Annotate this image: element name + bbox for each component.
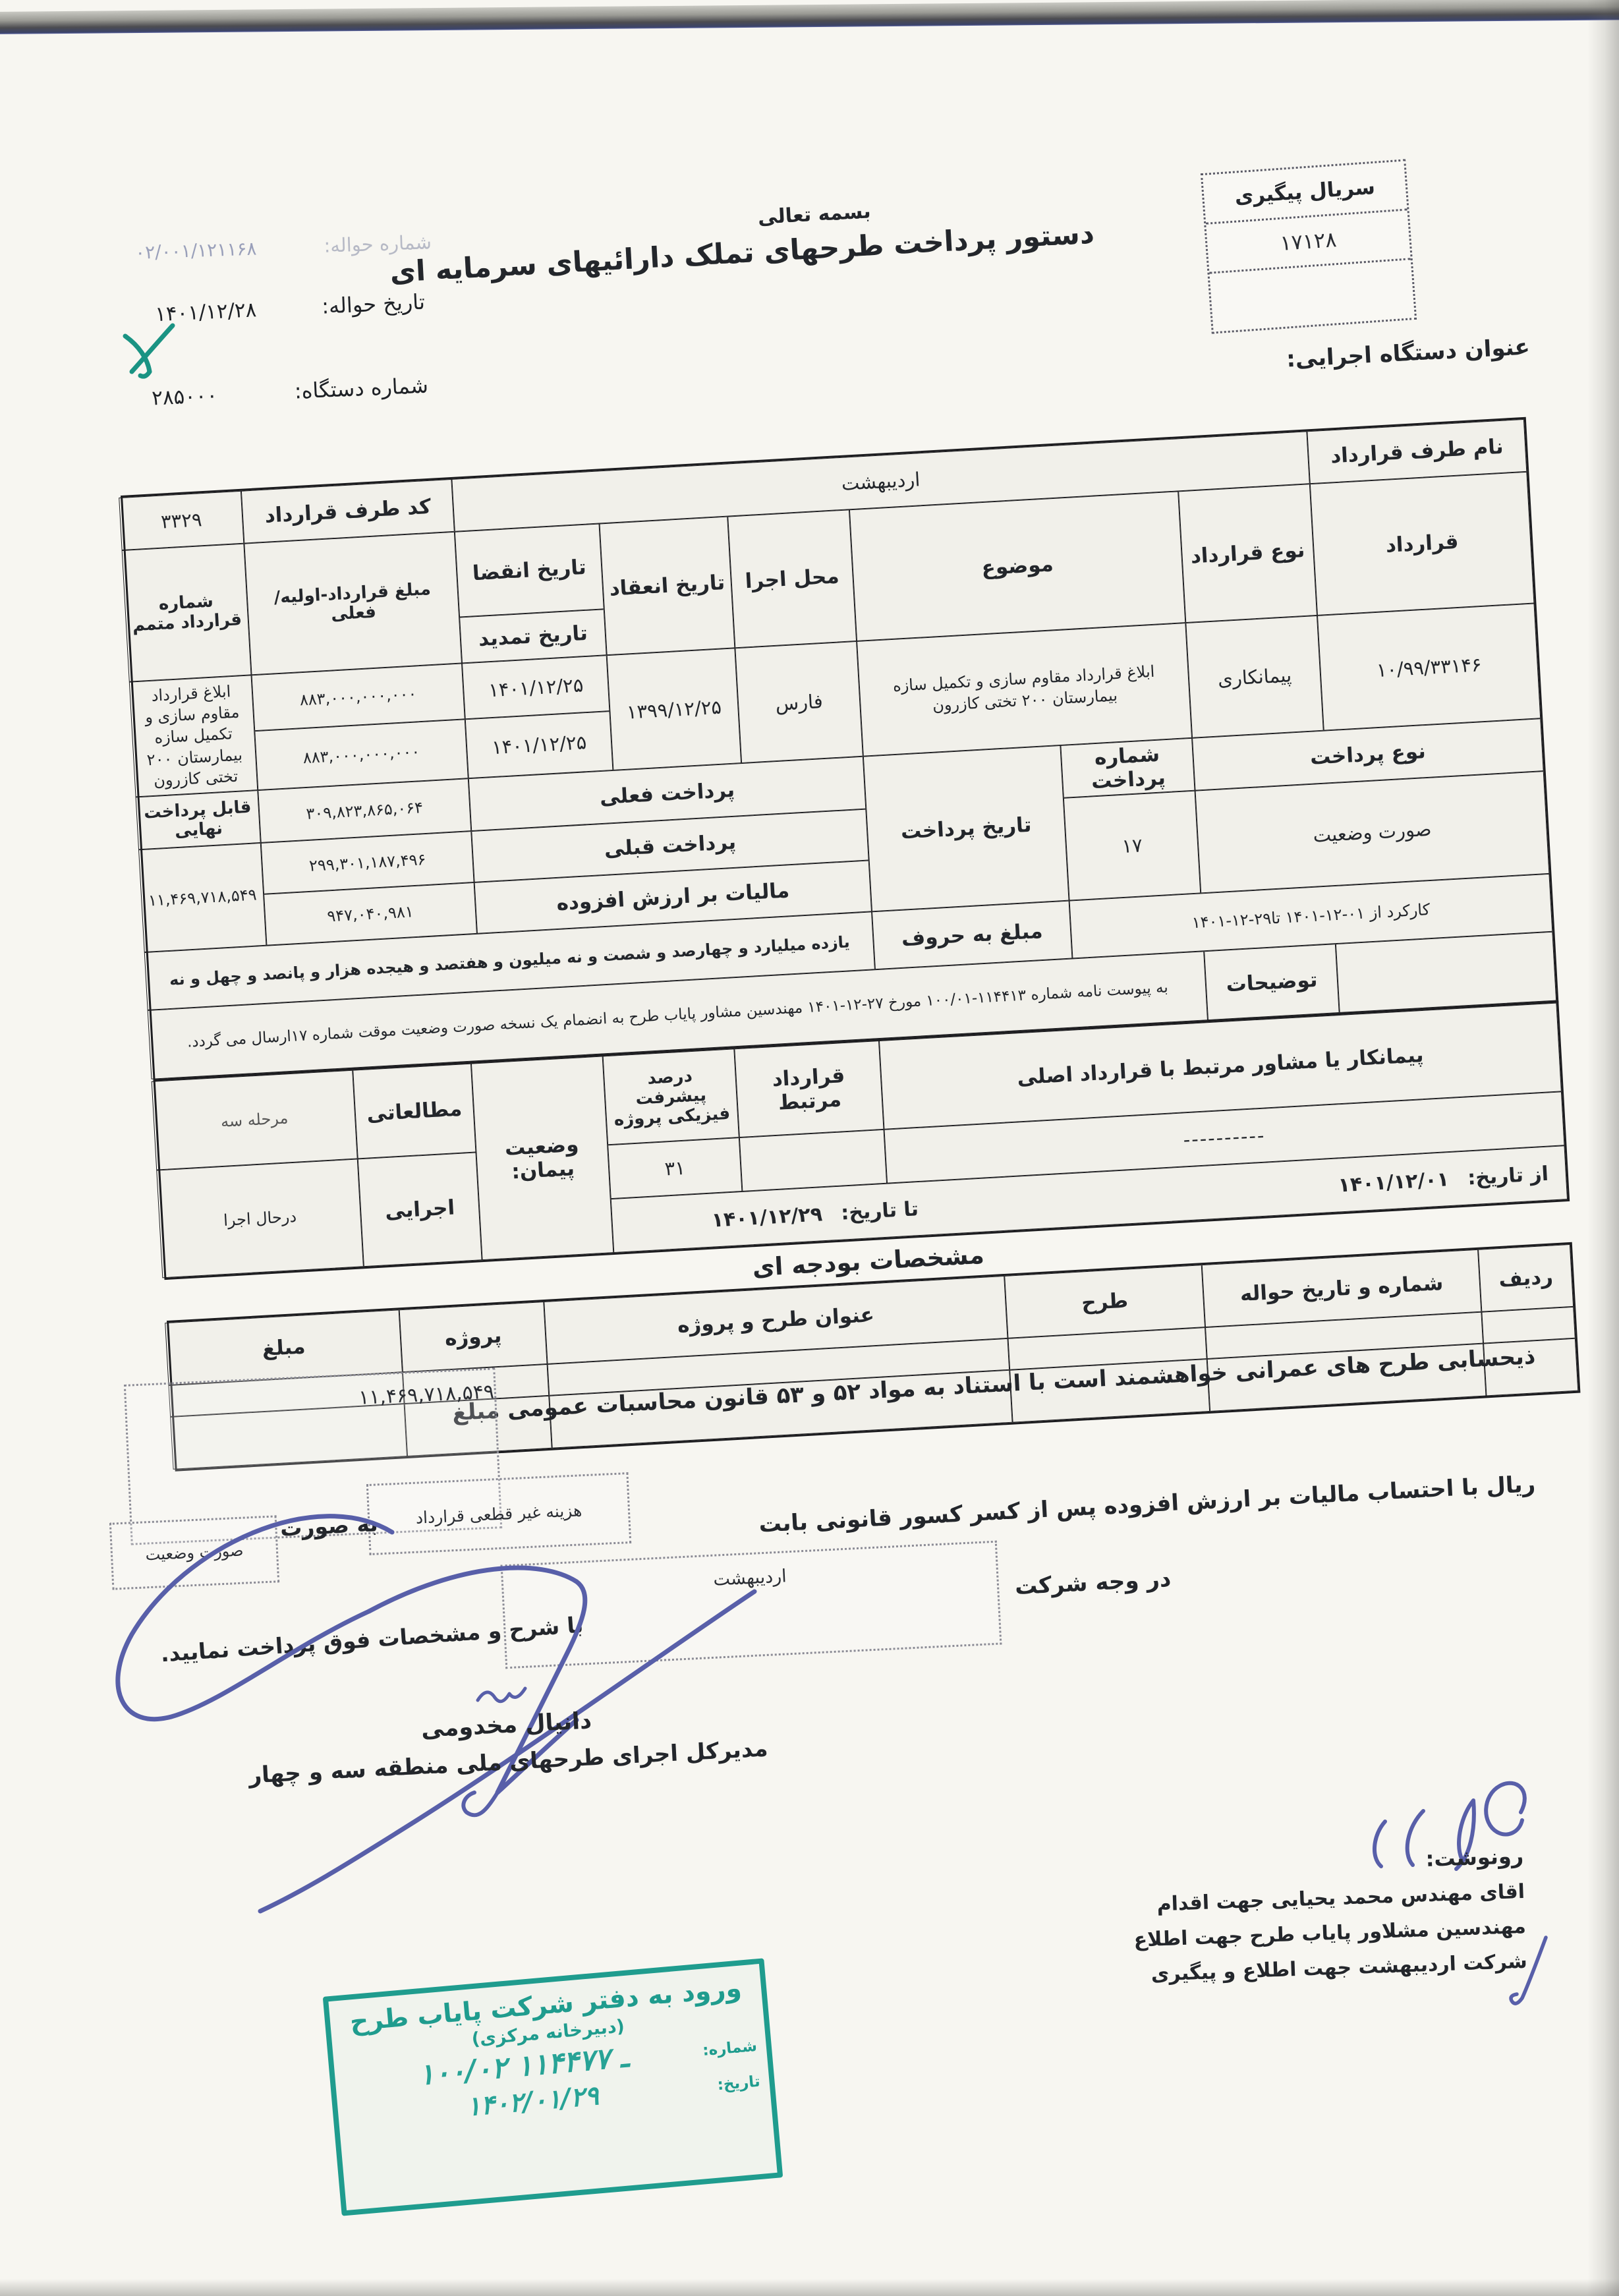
payment-no-value: ۱۷ xyxy=(1064,791,1201,901)
expiry-date-header: تاریخ انقضا xyxy=(455,524,604,617)
contract-no-value: ۱۰/۹۹/۳۳۱۴۶ xyxy=(1317,603,1541,730)
subject-value: ابلاغ قرارداد مقاوم سازی و تکمیل سازه بی… xyxy=(857,623,1192,757)
havaleh-date-line: تاریخ حواله: ۱۴۰۱/۱۲/۲۸ xyxy=(154,289,425,327)
order-payee-label: در وجه شرکت xyxy=(1014,1566,1172,1600)
payment-type-value: صورت وضعیت xyxy=(1195,771,1550,893)
stamp-number-label: شماره: xyxy=(702,2037,758,2059)
amount-header: مبلغ قرارداد-اولیه/فعلی xyxy=(244,532,462,675)
notes-empty-cell xyxy=(1336,932,1556,1013)
sign-date-value: ۱۳۹۹/۱۲/۲۵ xyxy=(607,648,741,770)
device-number-value: ۲۸۵۰۰۰ xyxy=(151,384,217,410)
status-label: وضعیت پیمان: xyxy=(471,1056,613,1260)
progress-header: درصد پیشرفت فیزیکی پروژه xyxy=(603,1048,739,1145)
budget-row-header: ردیف xyxy=(1478,1244,1574,1312)
expiry-date-value: ۱۴۰۱/۱۲/۲۵ xyxy=(462,655,610,719)
contract-table: نام طرف قرارداد اردیبهشت کد طرف قرارداد … xyxy=(121,417,1558,1081)
to-date: تا تاریخ: ۱۴۰۱/۱۲/۲۹ xyxy=(711,1197,919,1232)
to-date-label: تا تاریخ: xyxy=(840,1197,919,1225)
serial-tracking-box: سریال پیگیری ۱۷۱۲۸ xyxy=(1201,159,1417,333)
location-header: محل اجرا xyxy=(727,509,857,648)
scan-edge-top xyxy=(0,0,1619,34)
title-block: بسمه تعالی دستور پرداخت طرحهای تملک دارا… xyxy=(536,187,1095,281)
order-amount-value: ۱۱,۴۶۹,۷۱۸,۵۴۹ xyxy=(358,1380,494,1409)
progress-value: ۳۱ xyxy=(608,1137,742,1199)
entry-stamp: ورود به دفتر شرکت پایاب طرح (دبیرخانه مر… xyxy=(323,1958,783,2216)
contract-type-value: پیمانکاری xyxy=(1185,616,1323,738)
havaleh-number-label: شماره حواله: xyxy=(324,231,432,257)
contract-type-header: نوع قرارداد xyxy=(1178,484,1317,623)
from-date-value: ۱۴۰۱/۱۲/۰۱ xyxy=(1338,1168,1450,1197)
agency-title-label: عنوان دستگاه اجرایی: xyxy=(1286,333,1530,372)
contract-no-header: قرارداد xyxy=(1310,472,1535,616)
amount-words-label: مبلغ به حروف xyxy=(872,901,1072,970)
order-line-2: ریال با احتساب مالیات بر ارزش افزوده پس … xyxy=(758,1471,1536,1538)
havaleh-number-value: ۰۲/۰۰۱/۱۲۱۱۶۸ xyxy=(135,237,257,263)
extension-date-value: ۱۴۰۱/۱۲/۲۵ xyxy=(465,711,613,778)
to-date-value: ۱۴۰۱/۱۲/۲۹ xyxy=(711,1203,823,1232)
device-number-line: شماره دستگاه: ۲۸۵۰۰۰ xyxy=(151,372,428,410)
related-contract-empty xyxy=(739,1130,887,1191)
payment-date-header: تاریخ پرداخت xyxy=(863,745,1069,911)
havaleh-number-line: شماره حواله: ۰۲/۰۰۱/۱۲۱۱۶۸ xyxy=(135,231,432,264)
scan-edge-right xyxy=(1587,0,1619,2296)
payment-no-header: شماره پرداخت xyxy=(1060,738,1195,798)
location-value: فارس xyxy=(735,641,863,763)
cc-label: رونوشت: xyxy=(1102,1843,1524,1883)
sign-date-header: تاریخ انعقاد xyxy=(600,517,735,656)
final-payable-value: ۱۱,۴۶۹,۷۱۸,۵۴۹ xyxy=(138,843,266,952)
green-check-icon xyxy=(117,322,190,384)
budget-plan-header: طرح xyxy=(1004,1265,1205,1338)
party-code-value: ۳۳۲۹ xyxy=(119,491,244,550)
notes-label: توضیحات xyxy=(1204,944,1340,1020)
budget-project-header: پروژه xyxy=(399,1302,548,1372)
cc-item-1: اقای مهندس محمد یحیایی جهت اقدام xyxy=(1103,1880,1525,1918)
device-number-label: شماره دستگاه: xyxy=(294,372,429,403)
extension-date-header: تاریخ تمدید xyxy=(459,609,607,663)
scanned-payment-order-document: شماره حواله: ۰۲/۰۰۱/۱۲۱۱۶۸ تاریخ حواله: … xyxy=(0,0,1619,2296)
final-payable-label: قابل پرداخت نهایی xyxy=(136,790,261,849)
supplement-value: ابلاغ قرارداد مقاوم سازی و تکمیل سازه بی… xyxy=(129,675,258,797)
cc-item-3: شرکت اردیبهشت جهت اطلاع و پیگیری xyxy=(1105,1950,1527,1988)
subject-header: موضوع xyxy=(849,491,1185,641)
havaleh-date-label: تاریخ حواله: xyxy=(321,289,425,319)
scan-edge-bottom xyxy=(0,2279,1619,2296)
budget-empty-cell xyxy=(1481,1307,1575,1344)
cc-item-2: مهندسین مشلاور پایاب طرح جهت اطلاع xyxy=(1104,1915,1527,1953)
main-table-wrapper: نام طرف قرارداد اردیبهشت کد طرف قرارداد … xyxy=(121,417,1580,1472)
study-label: مطالعاتی xyxy=(353,1064,476,1159)
cc-block: رونوشت: اقای مهندس محمد یحیایی جهت اقدام… xyxy=(1102,1843,1527,1988)
exec-label: اجرایی xyxy=(358,1152,482,1267)
from-date-label: از تاریخ: xyxy=(1467,1162,1548,1190)
stamp-date-label: تاریخ: xyxy=(717,2073,761,2094)
related-contract-header: قرارداد مرتبط xyxy=(734,1041,884,1137)
exec-value: درحال اجرا xyxy=(156,1159,364,1278)
from-date: از تاریخ: ۱۴۰۱/۱۲/۰۱ xyxy=(1338,1162,1549,1197)
supplement-header: شماره قرارداد متمم xyxy=(122,544,252,682)
study-value: مرحله سه xyxy=(152,1070,358,1170)
